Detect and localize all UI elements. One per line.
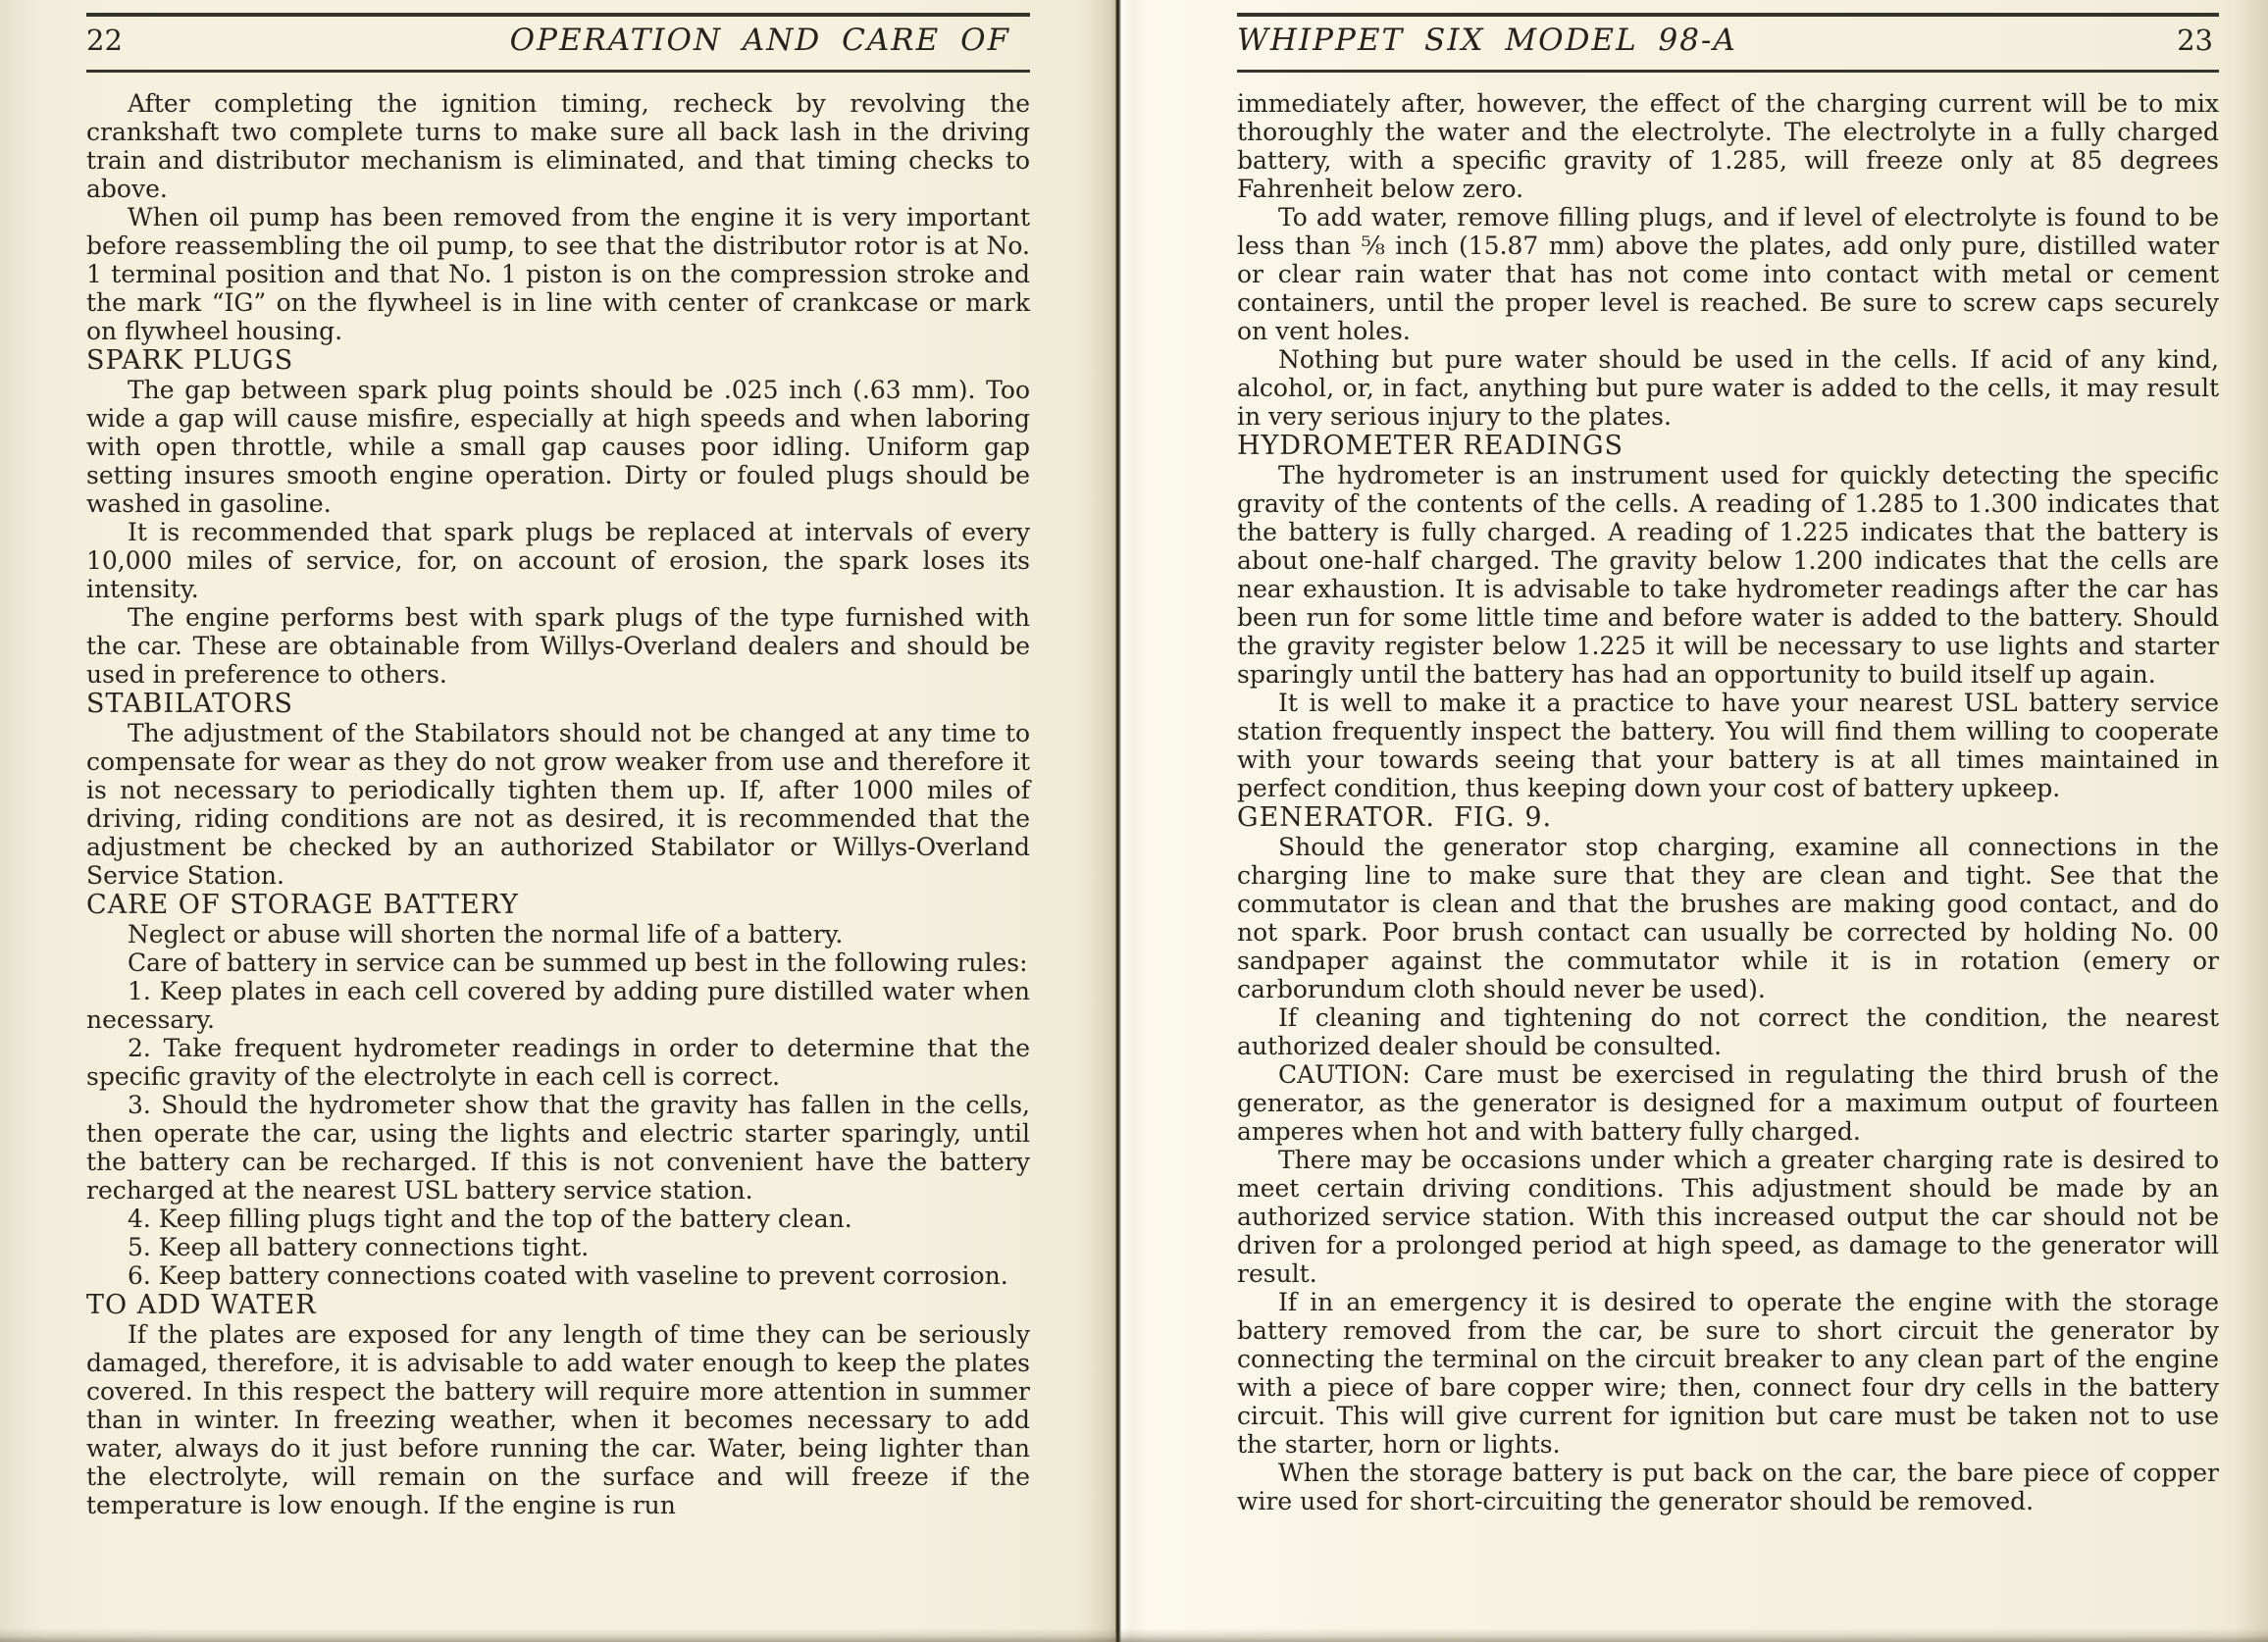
running-title-right: WHIPPET SIX MODEL 98-A (1237, 23, 1737, 58)
paragraph: It is well to make it a practice to have… (1237, 689, 2219, 802)
paragraph: The adjustment of the Stabilators should… (86, 719, 1030, 890)
left-page: 22 OPERATION AND CARE OF After completin… (0, 0, 1116, 1642)
right-page-inner: WHIPPET SIX MODEL 98-A 23 immediately af… (1119, 13, 2268, 1515)
section-heading: SPARK PLUGS (86, 346, 1030, 376)
page-right-edge (2235, 0, 2268, 1642)
section-heading: STABILATORS (86, 690, 1030, 719)
left-page-header: 22 OPERATION AND CARE OF (86, 13, 1030, 73)
paragraph: immediately after, however, the effect o… (1237, 89, 2219, 203)
section-heading: HYDROMETER READINGS (1237, 432, 2219, 461)
right-page-body: immediately after, however, the effect o… (1237, 89, 2219, 1515)
right-page-header: WHIPPET SIX MODEL 98-A 23 (1237, 13, 2219, 73)
left-page-inner: 22 OPERATION AND CARE OF After completin… (0, 13, 1116, 1519)
paragraph: There may be occasions under which a gre… (1237, 1146, 2219, 1288)
paragraph: The engine performs best with spark plug… (86, 603, 1030, 689)
paragraph: If cleaning and tightening do not correc… (1237, 1003, 2219, 1060)
paragraph: Neglect or abuse will shorten the normal… (86, 920, 1030, 949)
page-number-left: 22 (86, 24, 123, 57)
paragraph: Nothing but pure water should be used in… (1237, 345, 2219, 431)
paragraph: The hydrometer is an instrument used for… (1237, 461, 2219, 689)
rule-item: 1. Keep plates in each cell covered by a… (86, 977, 1030, 1034)
rule-item: 4. Keep filling plugs tight and the top … (86, 1205, 1030, 1233)
section-heading: CARE OF STORAGE BATTERY (86, 891, 1030, 920)
paragraph: The gap between spark plug points should… (86, 376, 1030, 518)
running-title-left: OPERATION AND CARE OF (510, 23, 1030, 58)
book-spread: 22 OPERATION AND CARE OF After completin… (0, 0, 2268, 1642)
rule-item: 6. Keep battery connections coated with … (86, 1261, 1030, 1290)
paragraph: When the storage battery is put back on … (1237, 1459, 2219, 1515)
paragraph: Should the generator stop charging, exam… (1237, 833, 2219, 1003)
page-gutter-shadow (1085, 0, 1148, 1642)
rule-item: 5. Keep all battery connections tight. (86, 1233, 1030, 1261)
paragraph: It is recommended that spark plugs be re… (86, 518, 1030, 603)
rule-item: 3. Should the hydrometer show that the g… (86, 1091, 1030, 1205)
paragraph: If in an emergency it is desired to oper… (1237, 1288, 2219, 1459)
section-heading: TO ADD WATER (86, 1291, 1030, 1320)
paragraph: To add water, remove filling plugs, and … (1237, 203, 2219, 345)
page-bottom-edge (0, 1628, 2268, 1642)
paragraph: If the plates are exposed for any length… (86, 1320, 1030, 1519)
page-number-right: 23 (2177, 24, 2219, 57)
scan-left-edge (0, 0, 45, 1642)
left-page-body: After completing the ignition timing, re… (86, 89, 1030, 1519)
paragraph: After completing the ignition timing, re… (86, 89, 1030, 203)
paragraph: Care of battery in service can be summed… (86, 949, 1030, 977)
paragraph: When oil pump has been removed from the … (86, 203, 1030, 345)
rule-item: 2. Take frequent hydrometer readings in … (86, 1034, 1030, 1091)
section-heading: GENERATOR. FIG. 9. (1237, 803, 2219, 833)
paragraph: CAUTION: Care must be exercised in regul… (1237, 1060, 2219, 1146)
right-page: WHIPPET SIX MODEL 98-A 23 immediately af… (1119, 0, 2268, 1642)
